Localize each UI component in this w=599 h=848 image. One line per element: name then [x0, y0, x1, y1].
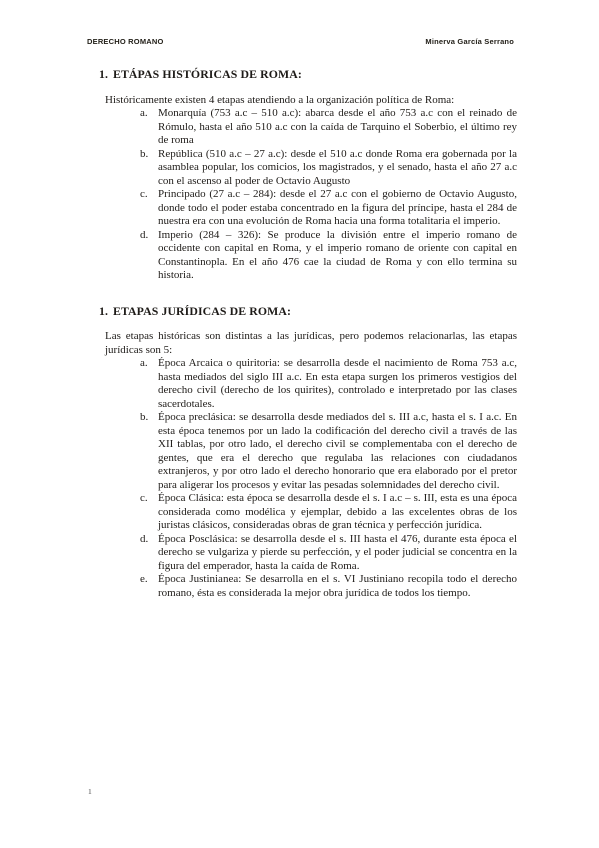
- section-intro: Las etapas históricas son distintas a la…: [105, 330, 517, 357]
- list-item: a. Monarquía (753 a.c – 510 a.c): abarca…: [140, 107, 517, 148]
- page-footer: 1: [88, 787, 92, 796]
- heading-title: ETAPAS JURÍDICAS DE ROMA:: [113, 305, 291, 319]
- heading-number: 1.: [99, 305, 113, 319]
- section-etapas-juridicas: 1. ETAPAS JURÍDICAS DE ROMA: Las etapas …: [99, 305, 517, 601]
- list-item: c. Época Clásica: esta época se desarrol…: [140, 492, 517, 533]
- section-etapas-historicas: 1. ETÁPAS HISTÓRICAS DE ROMA: Históricam…: [99, 68, 517, 283]
- list-item-marker: b.: [140, 411, 158, 492]
- list-item-text: Monarquía (753 a.c – 510 a.c): abarca de…: [158, 107, 517, 148]
- list-item-text: Época Clásica: esta época se desarrolla …: [158, 492, 517, 533]
- list-item: d. Época Posclásica: se desarrolla desde…: [140, 533, 517, 574]
- list-item-text: Época preclásica: se desarrolla desde me…: [158, 411, 517, 492]
- list-item: b. Época preclásica: se desarrolla desde…: [140, 411, 517, 492]
- list-item-text: Época Justinianea: Se desarrolla en el s…: [158, 573, 517, 600]
- list-item-marker: e.: [140, 573, 158, 600]
- alpha-list: a. Época Arcaica o quiritoria: se desarr…: [140, 357, 517, 600]
- page-number: 1: [88, 787, 92, 796]
- section-heading: 1. ETAPAS JURÍDICAS DE ROMA:: [99, 305, 517, 319]
- list-item-marker: d.: [140, 533, 158, 574]
- list-item-marker: a.: [140, 357, 158, 411]
- list-item: c. Principado (27 a.c – 284): desde el 2…: [140, 188, 517, 229]
- alpha-list: a. Monarquía (753 a.c – 510 a.c): abarca…: [140, 107, 517, 283]
- list-item-marker: b.: [140, 148, 158, 189]
- list-item: e. Época Justinianea: Se desarrolla en e…: [140, 573, 517, 600]
- document-page: DERECHO ROMANO Minerva García Serrano 1.…: [0, 0, 599, 848]
- list-item: d. Imperio (284 – 326): Se produce la di…: [140, 229, 517, 283]
- header-course-title: DERECHO ROMANO: [87, 37, 164, 46]
- section-heading: 1. ETÁPAS HISTÓRICAS DE ROMA:: [99, 68, 517, 82]
- heading-number: 1.: [99, 68, 113, 82]
- list-item-text: Principado (27 a.c – 284): desde el 27 a…: [158, 188, 517, 229]
- section-intro: Históricamente existen 4 etapas atendien…: [105, 94, 517, 108]
- document-body: 1. ETÁPAS HISTÓRICAS DE ROMA: Históricam…: [99, 68, 517, 600]
- header-author-name: Minerva García Serrano: [425, 37, 514, 46]
- list-item-text: Imperio (284 – 326): Se produce la divis…: [158, 229, 517, 283]
- list-item-marker: a.: [140, 107, 158, 148]
- heading-title: ETÁPAS HISTÓRICAS DE ROMA:: [113, 68, 302, 82]
- list-item-text: República (510 a.c – 27 a.c): desde el 5…: [158, 148, 517, 189]
- list-item: a. Época Arcaica o quiritoria: se desarr…: [140, 357, 517, 411]
- list-item-marker: d.: [140, 229, 158, 283]
- list-item-marker: c.: [140, 188, 158, 229]
- page-header: DERECHO ROMANO Minerva García Serrano: [87, 37, 514, 46]
- list-item-text: Época Posclásica: se desarrolla desde el…: [158, 533, 517, 574]
- list-item-marker: c.: [140, 492, 158, 533]
- list-item-text: Época Arcaica o quiritoria: se desarroll…: [158, 357, 517, 411]
- list-item: b. República (510 a.c – 27 a.c): desde e…: [140, 148, 517, 189]
